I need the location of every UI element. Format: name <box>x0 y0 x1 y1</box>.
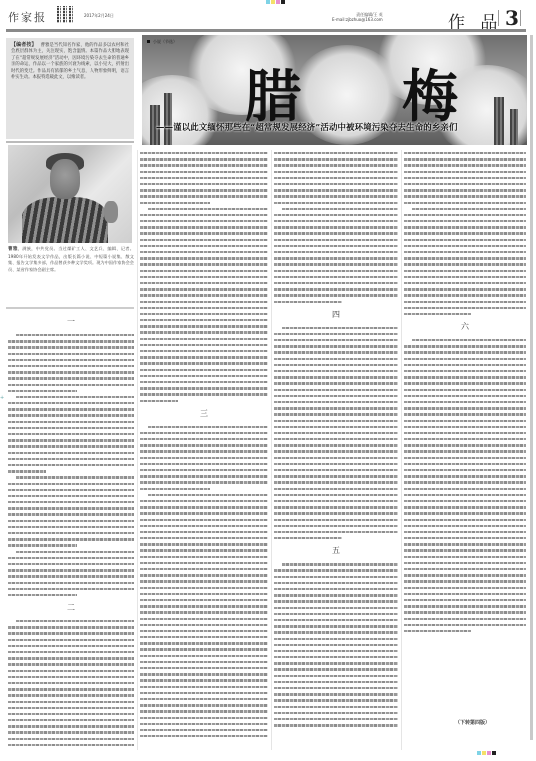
registration-color-marks-top <box>266 0 285 4</box>
section-marker: 一 <box>8 312 134 332</box>
body-column-2: 三 <box>140 150 268 750</box>
note-divider <box>6 141 134 143</box>
editors-note: 【编者按】曹雅是当代知名作家，他的作品多以农村和社会底层群体为主，关注现实，饱含… <box>6 38 134 139</box>
qr-code-icon <box>57 6 74 23</box>
photo-figure-body <box>22 197 108 243</box>
section-marker: 五 <box>274 541 398 561</box>
section-marker: 三 <box>140 404 268 424</box>
registration-cross-left: + <box>0 395 4 401</box>
registration-color-marks-bottom <box>477 751 496 755</box>
title-banner: 小说（节选） 腊 梅 ——谨以此文缅怀那些在“超常规发展经济”活动中被环境污染夺… <box>142 35 527 145</box>
body-column-3: 四 五 <box>274 150 398 750</box>
section-marker: 二 <box>8 598 134 618</box>
photo-figure-hand <box>104 201 118 223</box>
page-right-edge <box>530 35 533 740</box>
column-divider <box>271 150 272 750</box>
page-number: 3 <box>505 6 519 30</box>
bio-divider <box>6 307 134 309</box>
editor-info: 责任编辑/王 英 E-mail:zjbzhuo@163.com <box>332 12 383 22</box>
banner-tag: 小说（节选） <box>147 39 177 45</box>
issue-date: 2017年2月24日 <box>84 13 114 19</box>
photo-figure-head <box>50 159 80 199</box>
author-bio-text: ，满族，中共党员。当过煤矿工人、文艺兵、编辑、记者。1980年开始发表文学作品，… <box>8 246 134 272</box>
section-marker: 六 <box>404 317 526 337</box>
article-subtitle: ——谨以此文缅怀那些在“超常规发展经济”活动中被环境污染夺去生命的乡亲们 <box>156 121 526 133</box>
page-divider <box>520 10 521 26</box>
author-photo <box>8 145 132 243</box>
column-divider <box>137 150 138 750</box>
author-name: 曹雅 <box>8 247 18 252</box>
column-divider <box>401 150 402 750</box>
section-marker: 四 <box>274 305 398 325</box>
body-column-4: 六 <box>404 150 526 716</box>
section-divider <box>498 10 499 26</box>
email-line: E-mail:zjbzhuo@163.com <box>332 17 383 22</box>
body-column-1: 一 二 <box>8 312 134 752</box>
editors-note-text: 曹雅是当代知名作家，他的作品多以农村和社会底层群体为主，关注现实，饱含温情。本篇… <box>11 43 129 80</box>
continuation-note: （下转第四版） <box>455 719 490 726</box>
masthead: 作家报 <box>8 9 47 25</box>
author-bio: 曹雅，满族，中共党员。当过煤矿工人、文艺兵、编辑、记者。1980年开始发表文学作… <box>8 246 134 273</box>
editors-note-label: 【编者按】 <box>11 42 37 48</box>
header-rule <box>6 29 526 32</box>
